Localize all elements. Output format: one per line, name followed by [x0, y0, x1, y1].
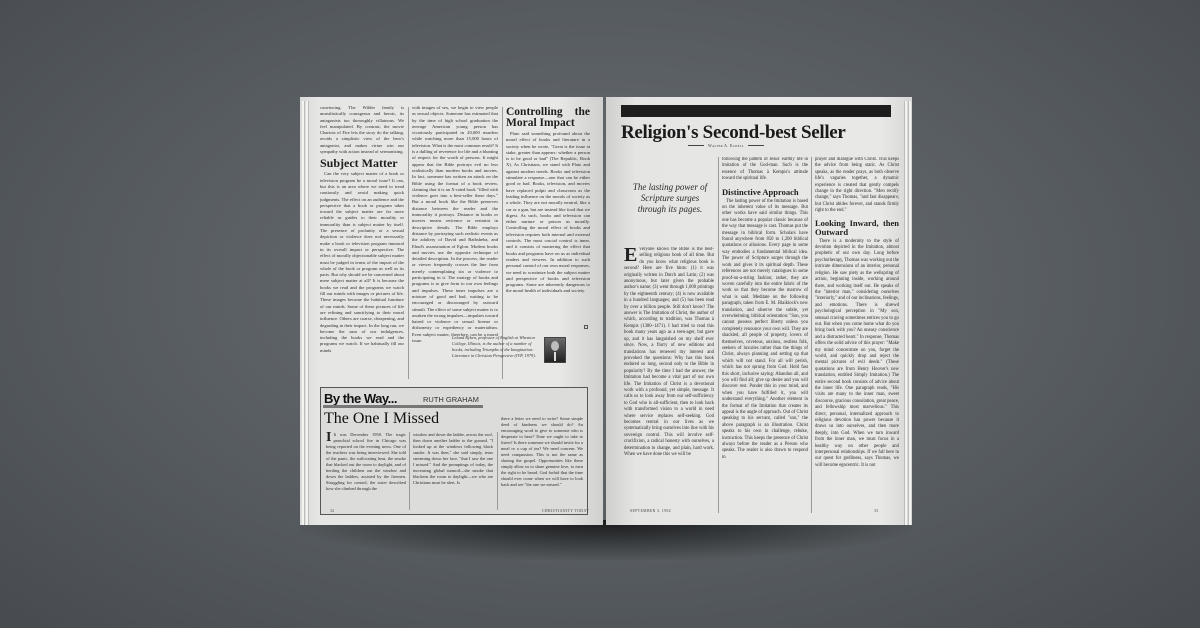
page-number: 33: [874, 509, 879, 513]
series-title: By the Way...: [324, 391, 397, 406]
page-edge: [904, 101, 907, 525]
end-mark-icon: [584, 325, 588, 329]
sidebar-column-1: IIt was December 1958. The tragic paroch…: [326, 432, 406, 512]
right-page: Religion's Second-best Seller Walter A. …: [606, 97, 912, 525]
author-tie: [554, 352, 556, 361]
byline: Walter A. Elwell: [688, 143, 764, 148]
spread-shadow: [300, 520, 912, 560]
dropcap: I: [326, 432, 331, 444]
column-divider: [409, 432, 410, 510]
byline-author: Walter A. Elwell: [708, 143, 744, 148]
paragraph: The lasting power of the Imitation is ba…: [722, 199, 808, 462]
paragraph: with images of sex, we begin to view peo…: [412, 105, 498, 344]
sidebar-author: RUTH GRAHAM: [423, 395, 479, 404]
article-column-1: Everyone knows the Bible is the best-sel…: [624, 247, 714, 515]
paragraph: veryone knows the Bible is the best-sell…: [624, 247, 714, 457]
title-banner: [621, 105, 891, 117]
paragraph: window and down the ladder, across the r…: [413, 432, 493, 485]
footer-magazine-title: CHRISTIANITY TODAY: [542, 509, 589, 513]
byline-rule: [748, 145, 764, 146]
paragraph: It was December 1958. The tragic parochi…: [326, 432, 406, 491]
dropcap: E: [624, 247, 637, 263]
article-column-1: convincing. The Wilder family is unreali…: [320, 105, 404, 381]
section-heading: Subject Matter: [320, 157, 404, 169]
author-bio: Leland Ryken, professor of English at Wh…: [452, 335, 536, 359]
section-heading: Looking Inward, then Outward: [815, 219, 899, 237]
by-the-way-sidebar: By the Way... RUTH GRAHAM The One I Miss…: [320, 387, 588, 515]
paragraph: Plato said something profound about the …: [506, 131, 590, 295]
column-divider: [718, 157, 719, 513]
page-edge: [908, 101, 911, 525]
article-column-3: Controlling the Moral Impact Plato said …: [506, 105, 590, 327]
magazine-spread: convincing. The Wilder family is unreali…: [300, 97, 912, 525]
page-number: 32: [330, 509, 335, 513]
author-face: [551, 341, 559, 351]
section-heading: Distinctive Approach: [722, 187, 808, 197]
paragraph: convincing. The Wilder family is unreali…: [320, 105, 404, 155]
column-divider: [811, 157, 812, 513]
column-divider: [408, 107, 409, 379]
author-photo: [544, 337, 566, 363]
sidebar-title: The One I Missed: [324, 410, 439, 428]
article-column-3: prayer and dialogue with Christ. This ke…: [815, 157, 899, 515]
paragraph: There is a modernity to the style of dev…: [815, 239, 899, 470]
article-title: Religion's Second-best Seller: [621, 122, 846, 144]
column-divider: [497, 432, 498, 510]
sidebar-column-3: there a letter we need to write? Some si…: [501, 416, 583, 512]
byline-rule: [688, 145, 704, 146]
article-column-2: following the pattern of Jesus' earthly …: [722, 157, 808, 515]
section-heading: Controlling the Moral Impact: [506, 107, 590, 129]
page-edge: [306, 101, 309, 525]
paragraph: prayer and dialogue with Christ. This ke…: [815, 157, 899, 215]
paragraph: following the pattern of Jesus' earthly …: [722, 157, 808, 183]
page-edge: [302, 101, 305, 525]
series-underline: [323, 405, 483, 408]
paragraph: there a letter we need to write? Some si…: [501, 416, 583, 487]
pull-quote: The lasting power of Scripture surges th…: [628, 182, 712, 215]
paragraph: Can the very subject matter of a book or…: [320, 171, 404, 354]
left-page: convincing. The Wilder family is unreali…: [300, 97, 603, 525]
footer-date: SEPTEMBER 3, 1982: [630, 509, 671, 513]
sidebar-column-2: window and down the ladder, across the r…: [413, 432, 493, 512]
